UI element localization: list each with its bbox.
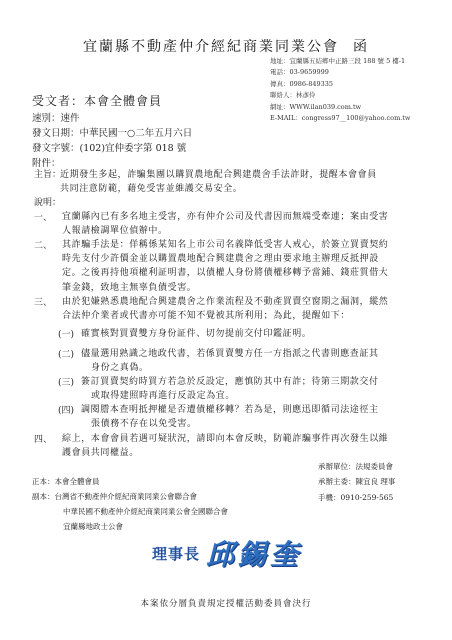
org-title: 宜蘭縣不動產仲介經紀商業同業公會 [83, 39, 339, 55]
subitem-line: 張債務不存在以免受害。 [81, 417, 421, 431]
copy-label: 副本： [32, 492, 55, 501]
delivery-type: 速別：速件 [32, 110, 80, 124]
subitem-number: (一) [58, 327, 74, 340]
subitem-line: 或取得建照時再進行反設定為宜。 [81, 389, 421, 403]
subitem-line: 簽訂買賣契約時買方若急於反設定，應慎防其中有詐；待第三期款交付 [81, 375, 421, 389]
subitem-line: 身份之真偽。 [81, 361, 421, 375]
explanation-item: 其詐騙手法是：佯稱係某知名上市公司名義降低受害人戒心，於簽立買賣契約 時先支付少… [62, 238, 422, 295]
handler-block: 承辦單位：法規委員會 承辦主委：陳宜良 理事 手機：0910-259-565 [318, 459, 395, 505]
letter-title: 宜蘭縣不動產仲介經紀商業同業公會函 [0, 36, 452, 56]
item-line: 綜上，本會會員若遇可疑狀況，請即向本會反映，防範詐騙事件再次發生以維 [62, 432, 422, 446]
copy-recipient: 中華民國不動產仲介經紀商業同業公會全國聯合會 [32, 504, 228, 519]
recipient: 受文者：本會全體會員 [32, 92, 162, 109]
contact-person: 聯絡人：林彥伶 [270, 90, 410, 101]
item-number: 一、 [34, 210, 52, 223]
phone: 電話：03-9659999 [270, 67, 410, 78]
website: 網址：WWW.ilan039.com.tw [270, 102, 410, 113]
subject-line: 近期發生多起，詐騙集團以購買農地配合興建農舍手法詐財，提醒本會會員 [60, 168, 420, 182]
authorization-note: 本案依分層負責規定授權活動委員會決行 [0, 597, 452, 609]
handler-mobile: 手機：0910-259-565 [318, 490, 395, 505]
item-line: 合法仲介業者或代書亦可能不知不覺被其所利用；為此，提醒如下： [62, 309, 422, 323]
contact-block: 地址：宜蘭縣五結鄉中正路三段 188 號 5 樓-1 電話：03-9659999… [270, 56, 410, 124]
item-line: 人報請檢調單位偵辦中。 [62, 224, 422, 238]
item-line: 筆金錢，致地主無辜負債受害。 [62, 281, 422, 295]
doc-number: 發文字號：(102)宜仲委字第 018 號 [32, 140, 186, 154]
subitem-number: (三) [58, 375, 74, 388]
explanation-item: 由於犯嫌熟悉農地配合興建農舍之作業流程及不動產買賣空窗期之漏洞，縱然 合法仲介業… [62, 295, 422, 323]
signature-role: 理事長 [152, 543, 200, 564]
subitem: 儘量選用熟識之地政代書，若係買賣雙方任一方指派之代書則應查証其 身份之真偽。 [81, 347, 421, 375]
subitem: 調閱謄本查明抵押權是否遭債權移轉？若為是，則應迅即循司法途徑主 張債務不存在以免… [81, 403, 421, 431]
item-line: 由於犯嫌熟悉農地配合興建農舍之作業流程及不動產買賣空窗期之漏洞，縱然 [62, 295, 422, 309]
subitem: 簽訂買賣契約時買方若急於反設定，應慎防其中有詐；待第三期款交付 或取得建照時再進… [81, 375, 421, 403]
explanation-item: 綜上，本會會員若遇可疑狀況，請即向本會反映，防範詐騙事件再次發生以維 護會員共同… [62, 432, 422, 460]
handler-unit: 承辦單位：法規委員會 [318, 459, 395, 474]
doc-type: 函 [353, 39, 369, 55]
subitem-line: 確實核對買賣雙方身份証件、切勿提前交付印鑑証明。 [81, 327, 421, 341]
subitem-number: (二) [58, 347, 74, 360]
subject-line: 共同注意防範，藉免受害並維護交易安全。 [60, 182, 420, 196]
distribution-block: 正本：本會全體會員 副本：台灣省不動產仲介經紀商業同業公會聯合會 中華民國不動產… [32, 474, 228, 534]
copy-recipient: 台灣省不動產仲介經紀商業同業公會聯合會 [55, 492, 198, 501]
explanation-label: 說明： [34, 196, 61, 210]
address: 地址：宜蘭縣五結鄉中正路三段 188 號 5 樓-1 [270, 56, 410, 67]
explanation-item: 宜蘭縣內已有多名地主受害，亦有仲介公司及代書因而無端受牽連；案由受害 人報請檢調… [62, 210, 422, 238]
item-number: 三、 [34, 295, 52, 308]
item-line: 定。之後再持他項權利証明書，以債權人身份將債權移轉予當鋪、錢莊質借大 [62, 266, 422, 280]
email: E-MAIL：congress97__100@yahoo.com.tw [270, 113, 410, 124]
attachments: 附件： [32, 155, 61, 169]
issue-date: 發文日期：中華民國一○二年五月六日 [32, 125, 192, 139]
item-line: 時先支付少許價金並以購置農地配合興建農舍之理由要求地主辦理反抵押設 [62, 252, 422, 266]
subitem: 確實核對買賣雙方身份証件、切勿提前交付印鑑証明。 [81, 327, 421, 341]
original-recipient: 正本：本會全體會員 [32, 474, 228, 489]
signature-name: 邱錫奎 [206, 533, 302, 573]
chairman-signature: 理事長 邱錫奎 [122, 531, 332, 575]
item-number: 二、 [34, 238, 52, 251]
subject-text: 近期發生多起，詐騙集團以購買農地配合興建農舍手法詐財，提醒本會會員 共同注意防範… [60, 168, 420, 196]
subitem-line: 儘量選用熟識之地政代書，若係買賣雙方任一方指派之代書則應查証其 [81, 347, 421, 361]
item-line: 宜蘭縣內已有多名地主受害，亦有仲介公司及代書因而無端受牽連；案由受害 [62, 210, 422, 224]
subitem-line: 調閱謄本查明抵押權是否遭債權移轉？若為是，則應迅即循司法途徑主 [81, 403, 421, 417]
subject-label: 主旨： [34, 168, 61, 182]
subitem-number: (四) [58, 403, 74, 416]
handler-officer: 承辦主委：陳宜良 理事 [318, 474, 395, 489]
fax: 傳真：0986-849335 [270, 79, 410, 90]
item-line: 其詐騙手法是：佯稱係某知名上市公司名義降低受害人戒心，於簽立買賣契約 [62, 238, 422, 252]
item-number: 四、 [34, 432, 52, 445]
